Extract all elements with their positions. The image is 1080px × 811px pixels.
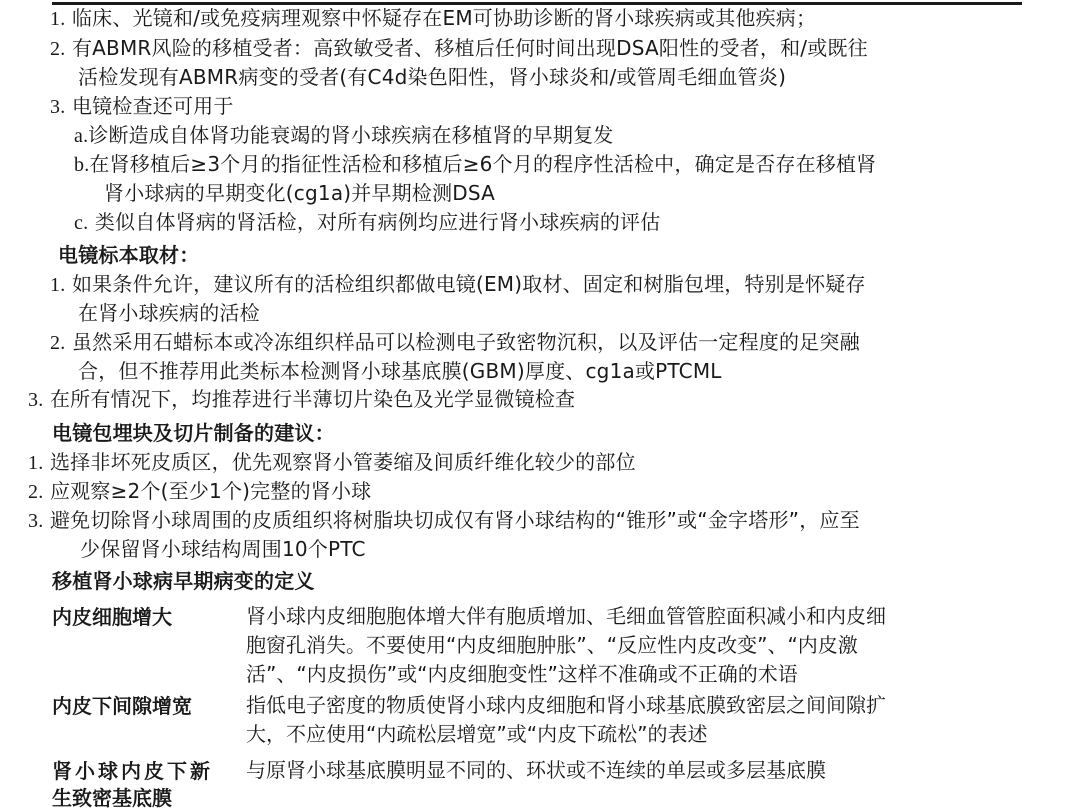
s1-item-2-cont: 活检发现有ABMR病变的受者(有C4d染色阳性，肾小球炎和/或管周毛细血管炎) [78, 64, 786, 90]
sub-text: 诊断造成自体肾功能衰竭的肾小球疾病在移植肾的早期复发 [88, 123, 613, 147]
s3-item-3-cont: 少保留肾小球结构周围10个PTC [80, 536, 366, 562]
item-text: 在所有情况下，均推荐进行半薄切片染色及光学显微镜检查 [50, 387, 575, 411]
term-new-gbm: 肾小球内皮下新 [52, 758, 213, 784]
sub-label: b. [74, 154, 89, 176]
s1-item-1: 1. 临床、光镜和/或免疫病理观察中怀疑存在EM可协助诊断的肾小球疾病或其他疾病… [50, 5, 816, 32]
definition-endothelial-enlargement: 肾小球内皮细胞胞体增大伴有胞质增加、毛细血管管腔面积减小和内皮细 胞窗孔消失。不… [246, 602, 886, 689]
item-text: 如果条件允许，建议所有的活检组织都做电镜(EM)取材、固定和树脂包埋，特别是怀疑… [72, 272, 866, 296]
term-endothelial-enlargement: 内皮细胞增大 [52, 604, 172, 630]
s2-item-3: 3. 在所有情况下，均推荐进行半薄切片染色及光学显微镜检查 [28, 386, 575, 413]
s3-item-2: 2. 应观察≥2个(至少1个)完整的肾小球 [28, 478, 371, 505]
section-heading-definitions: 移植肾小球病早期病变的定义 [52, 568, 315, 594]
item-text: 有ABMR风险的移植受者：高致敏受者、移植后任何时间出现DSA阳性的受者，和/或… [72, 36, 868, 60]
s2-item-1-cont: 在肾小球疾病的活检 [78, 300, 260, 326]
item-text: 避免切除肾小球周围的皮质组织将树脂块切成仅有肾小球结构的“锥形”或“金字塔形”，… [50, 508, 860, 532]
sub-text: 类似自体肾病的肾活检，对所有病例均应进行肾小球疾病的评估 [95, 210, 661, 234]
definition-line: 与原肾小球基底膜明显不同的、环状或不连续的单层或多层基底膜 [246, 756, 826, 785]
s2-item-2-cont: 合，但不推荐用此类标本检测肾小球基底膜(GBM)厚度、cg1a或PTCML [78, 358, 722, 384]
definition-line: 肾小球内皮细胞胞体增大伴有胞质增加、毛细血管管腔面积减小和内皮细 [246, 602, 886, 631]
s2-item-2: 2. 虽然采用石蜡标本或冷冻组织样品可以检测电子致密物沉积，以及评估一定程度的足… [50, 329, 860, 356]
item-text: 临床、光镜和/或免疫病理观察中怀疑存在EM可协助诊断的肾小球疾病或其他疾病； [72, 6, 816, 30]
definition-new-gbm: 与原肾小球基底膜明显不同的、环状或不连续的单层或多层基底膜 [246, 756, 826, 785]
section-heading-em-sampling: 电镜标本取材： [58, 242, 199, 268]
s3-item-1: 1. 选择非坏死皮质区，优先观察肾小管萎缩及间质纤维化较少的部位 [28, 449, 636, 476]
s1-sub-a: a.诊断造成自体肾功能衰竭的肾小球疾病在移植肾的早期复发 [74, 122, 613, 149]
s2-item-1: 1. 如果条件允许，建议所有的活检组织都做电镜(EM)取材、固定和树脂包埋，特别… [50, 271, 866, 298]
sub-label: a. [74, 125, 88, 147]
item-number: 2. [50, 38, 65, 60]
item-text: 电镜检查还可用于 [72, 94, 234, 118]
item-text: 虽然采用石蜡标本或冷冻组织样品可以检测电子致密物沉积，以及评估一定程度的足突融 [72, 330, 860, 354]
definition-subendothelial-widening: 指低电子密度的物质使肾小球内皮细胞和肾小球基底膜致密层之间间隙扩 大，不应使用“… [246, 691, 886, 749]
s1-sub-c: c. 类似自体肾病的肾活检，对所有病例均应进行肾小球疾病的评估 [74, 209, 660, 236]
item-number: 3. [50, 96, 65, 118]
item-number: 1. [28, 452, 43, 474]
item-text: 应观察≥2个(至少1个)完整的肾小球 [50, 479, 371, 503]
s1-item-3: 3. 电镜检查还可用于 [50, 93, 234, 120]
s1-sub-b: b.在肾移植后≥3个月的指征性活检和移植后≥6个月的程序性活检中，确定是否存在移… [74, 151, 876, 178]
term-subendothelial-widening: 内皮下间隙增宽 [52, 693, 192, 719]
item-number: 3. [28, 510, 43, 532]
sub-label: c. [74, 212, 88, 234]
item-number: 3. [28, 389, 43, 411]
definition-line: 胞窗孔消失。不要使用“内皮细胞肿胀”、“反应性内皮改变”、“内皮激 [246, 631, 886, 660]
item-number: 1. [50, 8, 65, 30]
sub-text: 在肾移植后≥3个月的指征性活检和移植后≥6个月的程序性活检中，确定是否存在移植肾 [89, 152, 876, 176]
item-number: 2. [28, 481, 43, 503]
definition-line: 活”、“内皮损伤”或“内皮细胞变性”这样不准确或不正确的术语 [246, 660, 886, 689]
s1-sub-b-cont: 肾小球病的早期变化(cg1a)并早期检测DSA [104, 180, 495, 206]
term-new-gbm-line2: 生致密基底膜 [52, 785, 172, 811]
item-number: 2. [50, 332, 65, 354]
item-text: 选择非坏死皮质区，优先观察肾小管萎缩及间质纤维化较少的部位 [50, 450, 636, 474]
definition-line: 指低电子密度的物质使肾小球内皮细胞和肾小球基底膜致密层之间间隙扩 [246, 691, 886, 720]
s1-item-2: 2. 有ABMR风险的移植受者：高致敏受者、移植后任何时间出现DSA阳性的受者，… [50, 35, 868, 62]
s3-item-3: 3. 避免切除肾小球周围的皮质组织将树脂块切成仅有肾小球结构的“锥形”或“金字塔… [28, 507, 860, 534]
section-heading-embedding: 电镜包埋块及切片制备的建议： [52, 420, 335, 446]
definition-line: 大，不应使用“内疏松层增宽”或“内皮下疏松”的表述 [246, 720, 886, 749]
item-number: 1. [50, 274, 65, 296]
